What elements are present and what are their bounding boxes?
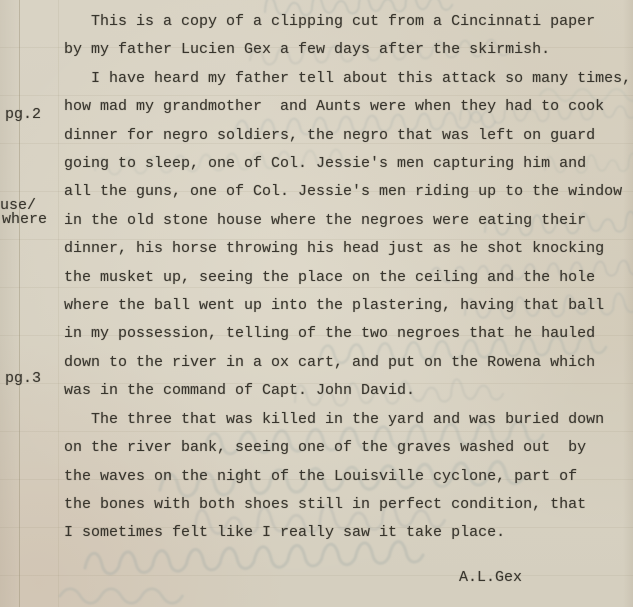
signature: A.L.Gex — [459, 570, 522, 585]
typed-line: in my possession, telling of the two neg… — [64, 320, 631, 348]
paper-crease-line — [58, 0, 59, 607]
typed-line: down to the river in a ox cart, and put … — [64, 349, 631, 377]
typed-line: This is a copy of a clipping cut from a … — [64, 8, 631, 36]
typed-line: the musket up, seeing the place on the c… — [64, 264, 631, 292]
typed-text-block: This is a copy of a clipping cut from a … — [64, 8, 631, 548]
typed-line: where the ball went up into the plasteri… — [64, 292, 631, 320]
typed-line: in the old stone house where the negroes… — [64, 207, 631, 235]
typed-line: how mad my grandmother and Aunts were wh… — [64, 93, 631, 121]
typed-line: the waves on the night of the Louisville… — [64, 463, 631, 491]
typed-line: on the river bank, seeing one of the gra… — [64, 434, 631, 462]
paper-left-edge-shading — [0, 0, 19, 607]
typed-line: going to sleep, one of Col. Jessie's men… — [64, 150, 631, 178]
typed-line: by my father Lucien Gex a few days after… — [64, 36, 631, 64]
typed-line: dinner for negro soldiers, the negro tha… — [64, 122, 631, 150]
scanned-document-page: pg.2 use/ where pg.3 This is a copy of a… — [0, 0, 633, 607]
typed-line: The three that was killed in the yard an… — [64, 406, 631, 434]
margin-note-pg3: pg.3 — [5, 372, 41, 387]
ledger-vertical-line — [19, 0, 20, 607]
typed-line: was in the command of Capt. John David. — [64, 377, 631, 405]
margin-note-pg2: pg.2 — [5, 108, 41, 123]
typed-line: I sometimes felt like I really saw it ta… — [64, 519, 631, 547]
typed-line: I have heard my father tell about this a… — [64, 65, 631, 93]
typed-line: dinner, his horse throwing his head just… — [64, 235, 631, 263]
margin-note-where: where — [2, 213, 47, 228]
typed-line: the bones with both shoes still in perfe… — [64, 491, 631, 519]
typed-line: all the guns, one of Col. Jessie's men r… — [64, 178, 631, 206]
